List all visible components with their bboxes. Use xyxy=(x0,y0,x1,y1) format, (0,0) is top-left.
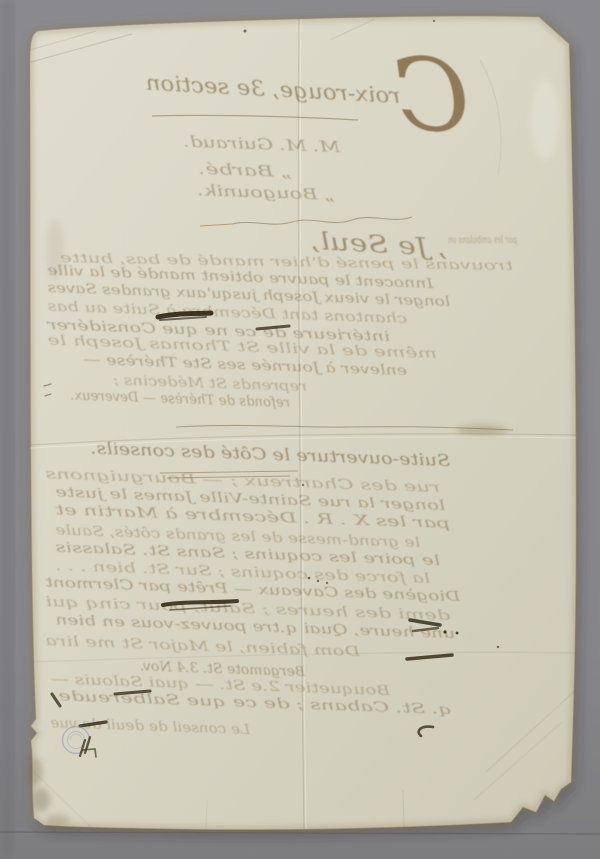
manuscript-photo: C roix-rouge, 3e section M. M. Guiraud. … xyxy=(0,0,600,859)
photo-backdrop: C roix-rouge, 3e section M. M. Guiraud. … xyxy=(0,0,600,859)
opening-superscript: par les ambulans on xyxy=(448,234,517,246)
backdrop-left-shade xyxy=(0,0,14,859)
manuscript-paper: C roix-rouge, 3e section M. M. Guiraud. … xyxy=(29,16,576,829)
name-line: „ Barbé. xyxy=(198,160,293,181)
title-initial: C xyxy=(390,35,473,156)
